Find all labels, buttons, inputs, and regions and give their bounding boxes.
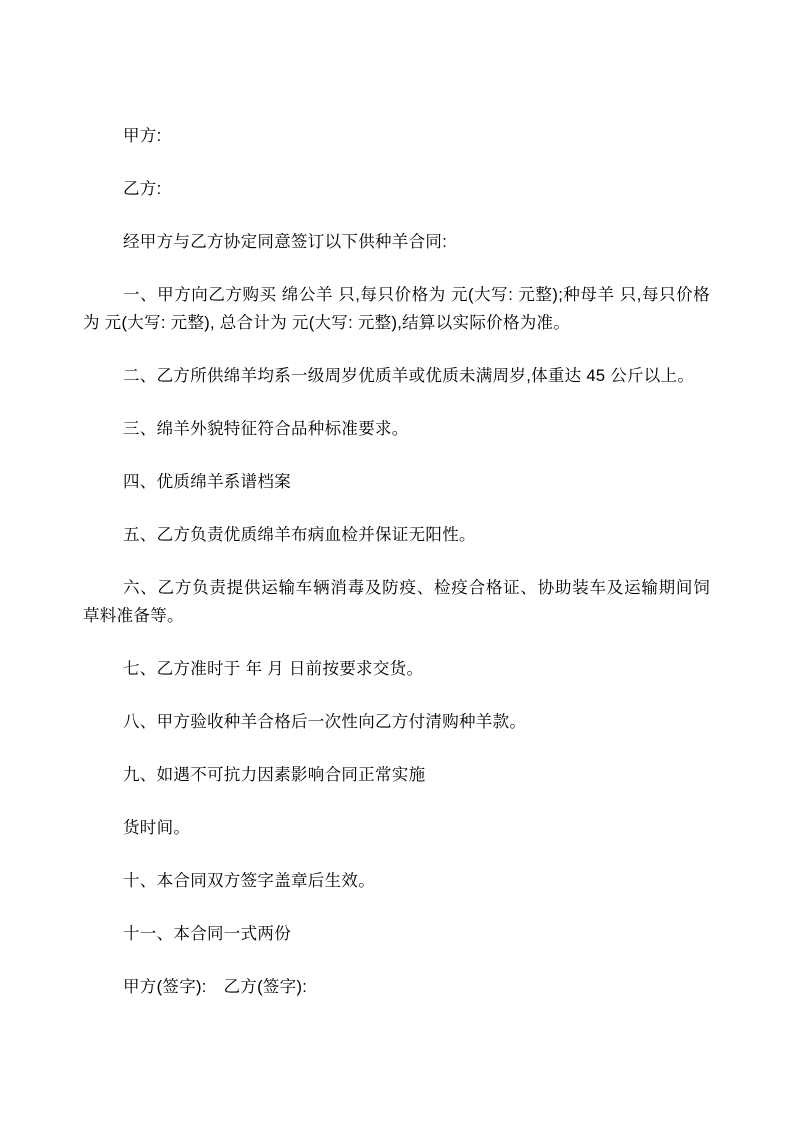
party-a-line: 甲方: — [83, 122, 710, 150]
clause-9-continuation: 货时间。 — [83, 814, 710, 842]
clause-3: 三、绵羊外貌特征符合品种标准要求。 — [83, 415, 710, 443]
clause-11: 十一、本合同一式两份 — [83, 920, 710, 948]
clause-5: 五、乙方负责优质绵羊布病血检并保证无阳性。 — [83, 521, 710, 549]
clause-6: 六、乙方负责提供运输车辆消毒及防疫、检疫合格证、协助装车及运输期间饲草料准备等。 — [83, 574, 710, 630]
clause-10: 十、本合同双方签字盖章后生效。 — [83, 867, 710, 895]
preamble-line: 经甲方与乙方协定同意签订以下供种羊合同: — [83, 228, 710, 256]
clause-1: 一、甲方向乙方购买 绵公羊 只,每只价格为 元(大写: 元整);种母羊 只,每只… — [83, 281, 710, 337]
clause-2: 二、乙方所供绵羊均系一级周岁优质羊或优质未满周岁,体重达 45 公斤以上。 — [83, 362, 710, 390]
signature-line: 甲方(签字): 乙方(签字): — [83, 973, 710, 1001]
clause-4: 四、优质绵羊系谱档案 — [83, 468, 710, 496]
party-b-line: 乙方: — [83, 175, 710, 203]
document-page: 甲方: 乙方: 经甲方与乙方协定同意签订以下供种羊合同: 一、甲方向乙方购买 绵… — [0, 0, 793, 1122]
clause-8: 八、甲方验收种羊合格后一次性向乙方付清购种羊款。 — [83, 708, 710, 736]
clause-7: 七、乙方准时于 年 月 日前按要求交货。 — [83, 655, 710, 683]
clause-9: 九、如遇不可抗力因素影响合同正常实施 — [83, 761, 710, 789]
